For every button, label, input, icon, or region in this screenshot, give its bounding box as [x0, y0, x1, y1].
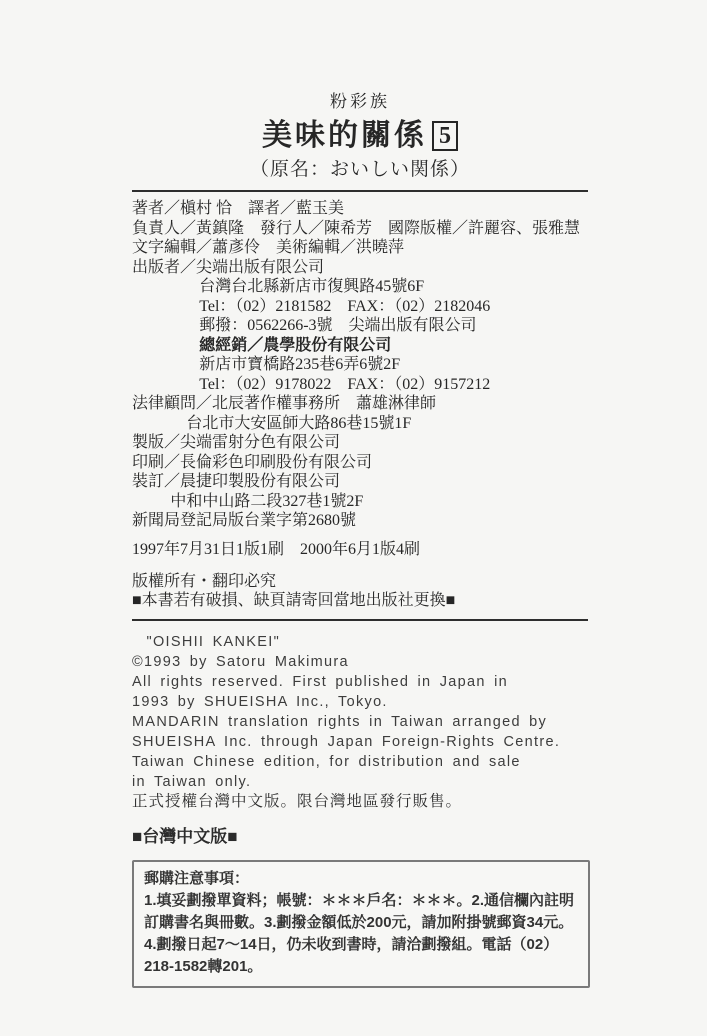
distributor-address: 新店市寶橋路235巷6弄6號2F	[132, 355, 588, 375]
publisher-tel-fax: Tel：（02）2181582 FAX：（02）2182046	[132, 297, 588, 317]
book-title: 美味的關係	[262, 119, 427, 152]
colophon-content: 粉彩族 美味的關係5 （原名：おいしい関係） 著者／槇村 恰 譯者／藍玉美 負責…	[132, 92, 588, 988]
legal-advisor-address: 台北市大安區師大路86巷15號1F	[132, 414, 588, 434]
credits-block: 著者／槇村 恰 譯者／藍玉美 負責人／黃鎮隆 發行人／陳希芳 國際版權／許麗容、…	[132, 199, 588, 531]
divider-middle	[132, 619, 588, 621]
plate-making: 製版／尖端雷射分色有限公司	[132, 433, 588, 453]
taiwan-edition-label: ■台灣中文版■	[132, 826, 588, 848]
divider-top	[132, 190, 588, 192]
publisher-address: 台灣台北縣新店市復興路45號6F	[132, 277, 588, 297]
series-name: 粉彩族	[132, 92, 588, 112]
binding-address: 中和中山路二段327巷1號2F	[132, 492, 588, 512]
distributor-tel-fax: Tel：（02）9178022 FAX：（02）9157212	[132, 375, 588, 395]
rights-line-6: in Taiwan only.	[132, 772, 588, 792]
mail-order-box: 郵購注意事項： 1.填妥劃撥單資料；帳號：＊＊＊戶名：＊＊＊。2.通信欄內註明訂…	[132, 860, 590, 988]
print-history: 1997年7月31日1版1刷 2000年6月1版4刷	[132, 540, 588, 560]
credit-author: 著者／槇村 恰 譯者／藍玉美	[132, 199, 588, 219]
printing: 印刷／長倫彩色印刷股份有限公司	[132, 453, 588, 473]
book-title-row: 美味的關係5	[132, 118, 588, 154]
gio-registration: 新聞局登記局版台業字第2680號	[132, 511, 588, 531]
rights-line-2: 1993 by SHUEISHA Inc., Tokyo.	[132, 692, 588, 712]
rights-line-1: All rights reserved. First published in …	[132, 672, 588, 692]
copyright-line: ©1993 by Satoru Makimura	[132, 652, 588, 672]
damaged-copy-notice: ■本書若有破損、缺頁請寄回當地出版社更換■	[132, 591, 588, 611]
book-header: 粉彩族 美味的關係5 （原名：おいしい関係）	[132, 92, 588, 182]
colophon-page: 粉彩族 美味的關係5 （原名：おいしい関係） 著者／槇村 恰 譯者／藍玉美 負責…	[0, 0, 707, 1036]
authorization-line: 正式授權台灣中文版。限台灣地區發行販售。	[132, 792, 588, 812]
copyright-notice: 版權所有・翻印必究	[132, 572, 588, 592]
mail-order-title: 郵購注意事項：	[144, 868, 578, 890]
postal-account: 郵撥：0562266-3號 尖端出版有限公司	[132, 316, 588, 336]
credit-publisher-people: 負責人／黃鎮隆 發行人／陳希芳 國際版權／許麗容、張雅慧	[132, 219, 588, 239]
rights-line-3: MANDARIN translation rights in Taiwan ar…	[132, 712, 588, 732]
distributor: 總經銷／農學股份有限公司	[132, 336, 588, 356]
original-title: （原名：おいしい関係）	[132, 158, 588, 182]
legal-advisor: 法律顧問／北辰著作權事務所 蕭雄淋律師	[132, 394, 588, 414]
binding: 裝訂／晨捷印製股份有限公司	[132, 472, 588, 492]
credit-publisher: 出版者／尖端出版有限公司	[132, 258, 588, 278]
volume-badge: 5	[432, 121, 458, 151]
english-copyright-block: "OISHII KANKEI" ©1993 by Satoru Makimura…	[132, 632, 588, 812]
mail-order-body: 1.填妥劃撥單資料；帳號：＊＊＊戶名：＊＊＊。2.通信欄內註明訂購書名與冊數。3…	[144, 890, 578, 978]
rights-line-5: Taiwan Chinese edition, for distribution…	[132, 752, 588, 772]
rights-line-4: SHUEISHA Inc. through Japan Foreign-Righ…	[132, 732, 588, 752]
credit-editors: 文字編輯／蕭彥伶 美術編輯／洪曉萍	[132, 238, 588, 258]
romaji-title: "OISHII KANKEI"	[132, 632, 588, 652]
rights-block: 版權所有・翻印必究 ■本書若有破損、缺頁請寄回當地出版社更換■	[132, 572, 588, 611]
